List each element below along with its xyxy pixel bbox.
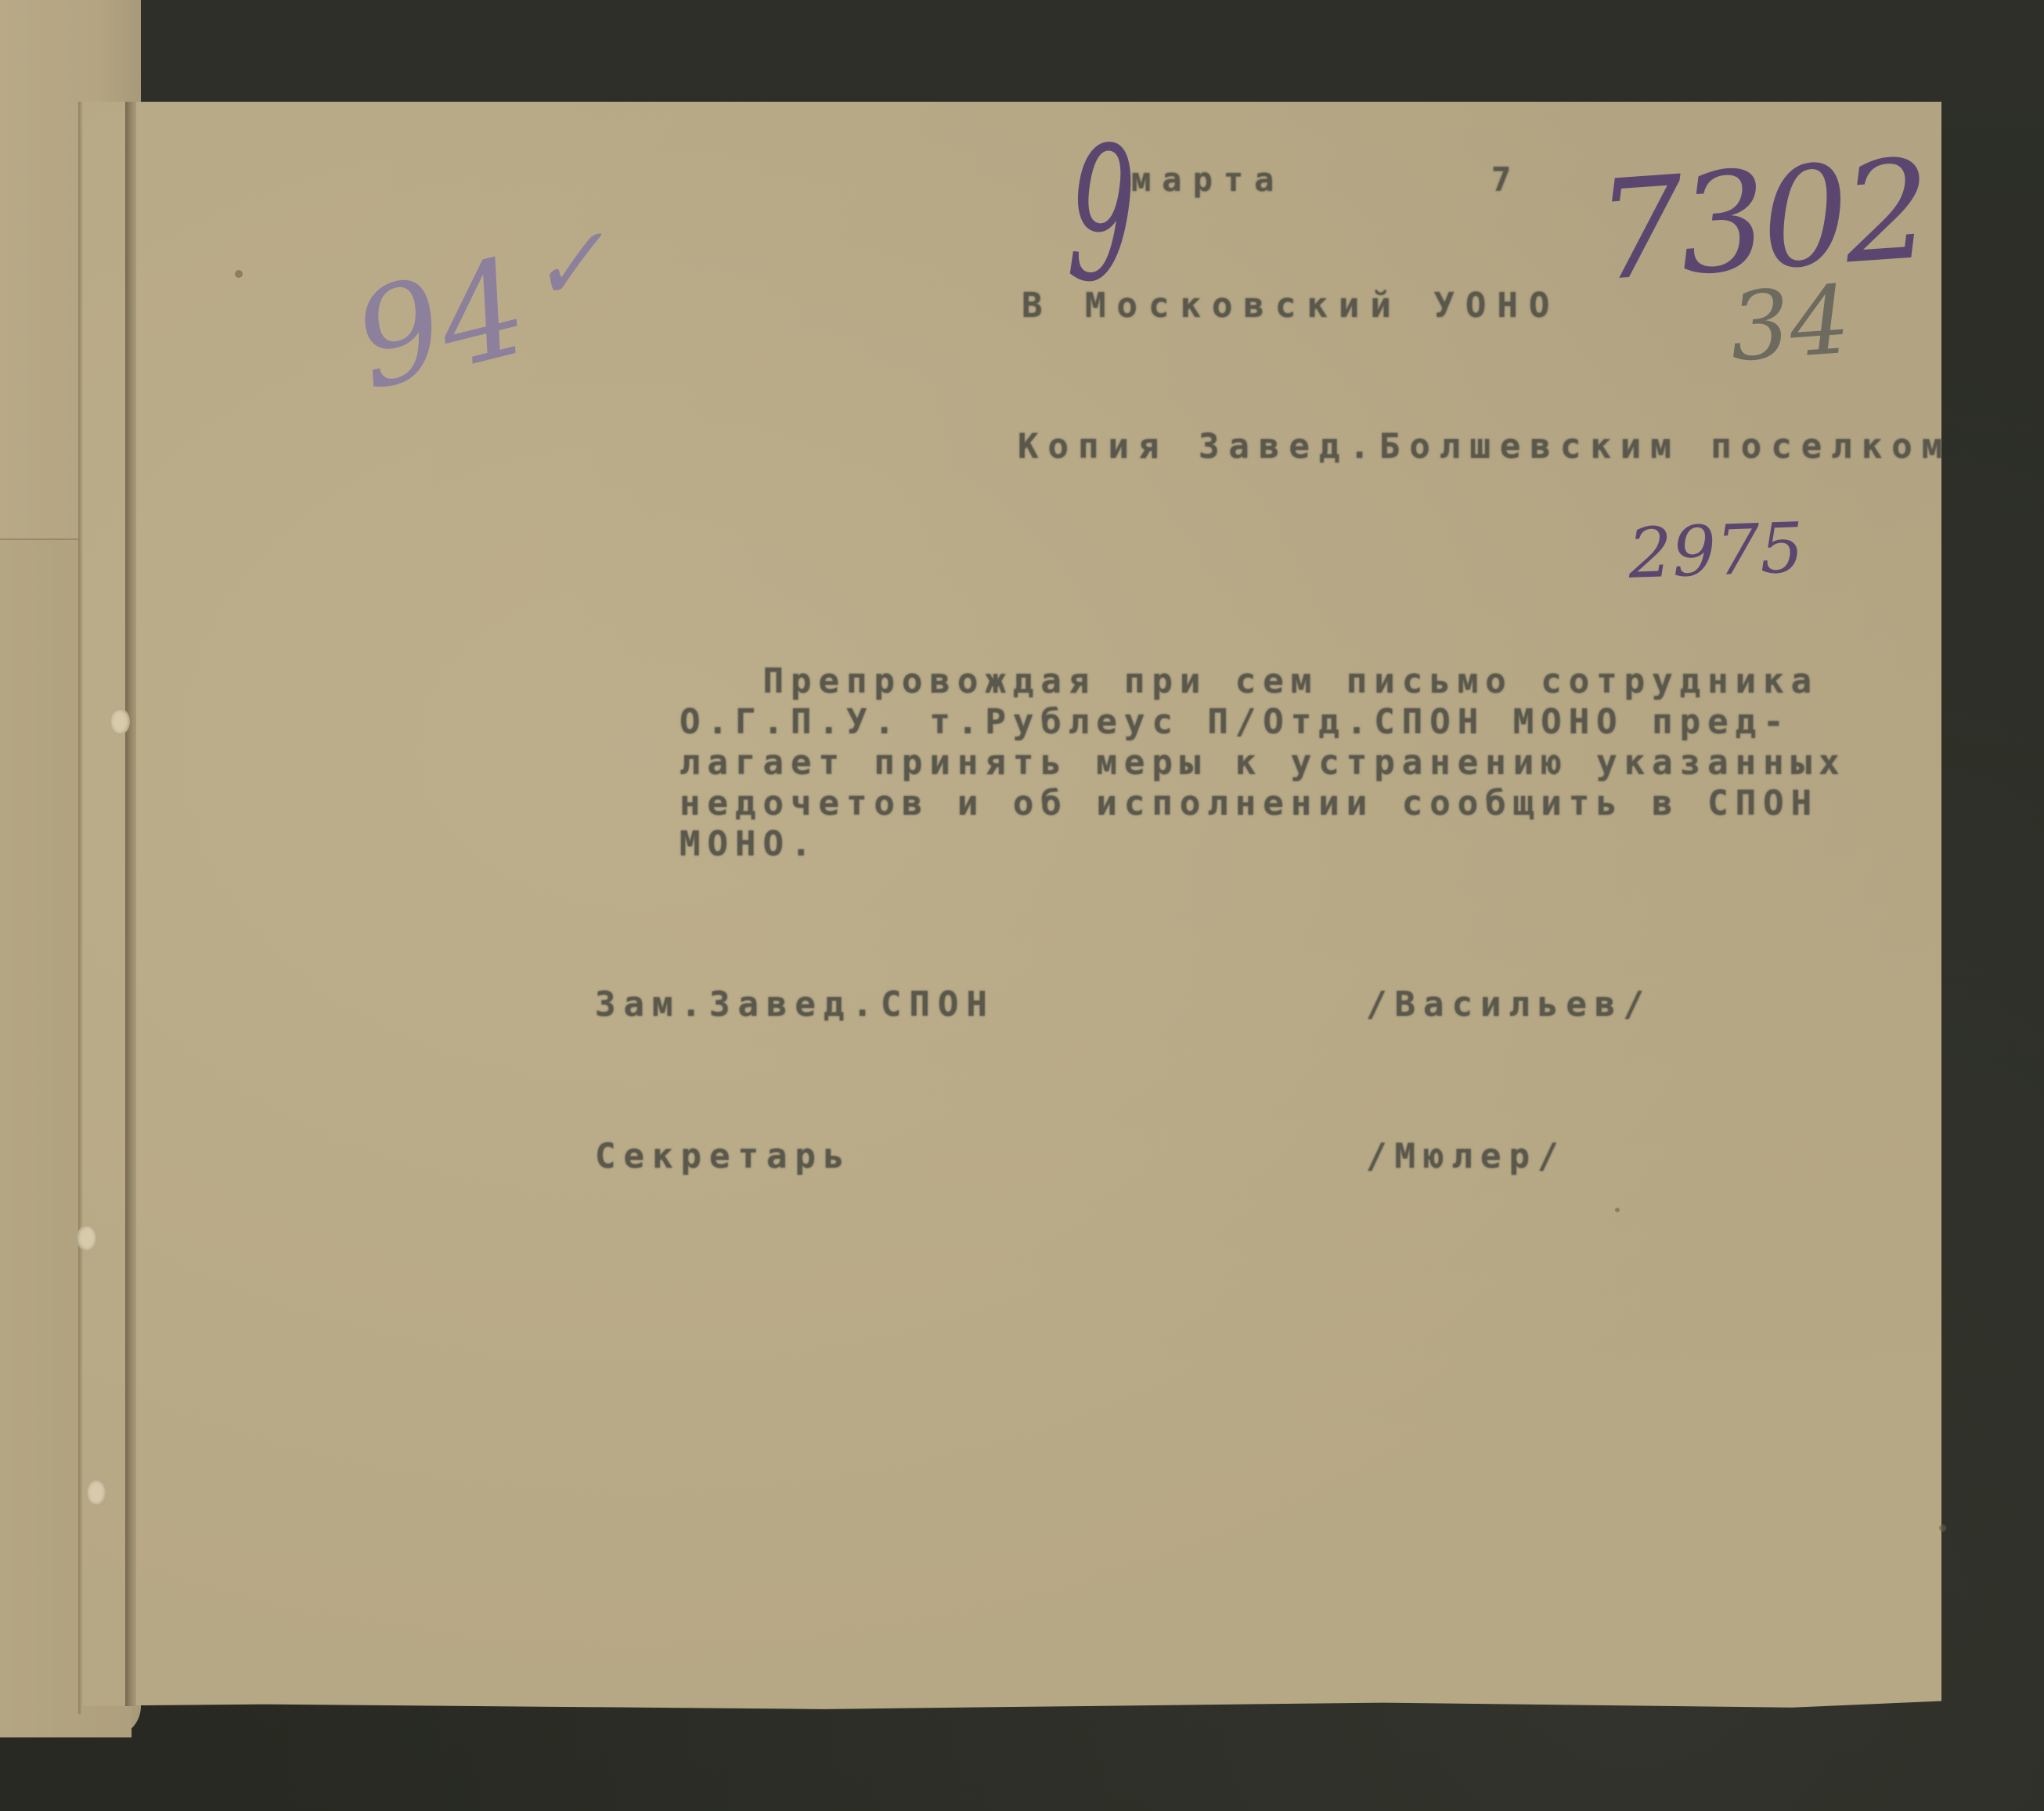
handwritten-incoming-number: 2975: [1628, 513, 1805, 589]
date-month: марта: [1131, 160, 1285, 199]
binding-tear-icon: [86, 1479, 106, 1506]
signatory-name: /Васильев/: [1366, 985, 1652, 1024]
handwritten-registration-sub: 34: [1727, 274, 1853, 376]
check-mark-icon: ✓: [522, 214, 613, 319]
body-line: О.Г.П.У. т.Рублеус П/Отд.СПОН МОНО пред-: [680, 702, 1948, 743]
signatory-title: Секретарь: [595, 1136, 852, 1176]
body-line: лагает принять меры к устранению указанн…: [680, 743, 1948, 783]
copy-line: Копия Завед.Болшевским поселком: [1018, 427, 1952, 466]
paper-speck: [1615, 1208, 1620, 1212]
body-paragraph: Препровождая при сем письмо сотрудника О…: [680, 661, 1948, 865]
signatory-name: /Мюлер/: [1366, 1136, 1566, 1176]
paper-speck: [235, 270, 243, 278]
paper-speck: [1939, 1525, 1946, 1532]
binding-tear-icon: [77, 1225, 97, 1251]
body-line: МОНО.: [680, 824, 1948, 865]
date-number: 7: [1491, 160, 1511, 199]
handwritten-day: 9: [1065, 117, 1138, 313]
binding-tear-icon: [110, 708, 130, 735]
body-line: Препровождая при сем письмо сотрудника: [680, 661, 1948, 702]
binding-spine: [125, 102, 136, 1706]
signatory-title: Зам.Завед.СПОН: [595, 985, 995, 1024]
handwritten-folio-number: 94: [343, 239, 539, 409]
body-line: недочетов и об исполнении сообщить в СПО…: [680, 783, 1948, 824]
sheet-left-edge: [78, 102, 83, 1714]
